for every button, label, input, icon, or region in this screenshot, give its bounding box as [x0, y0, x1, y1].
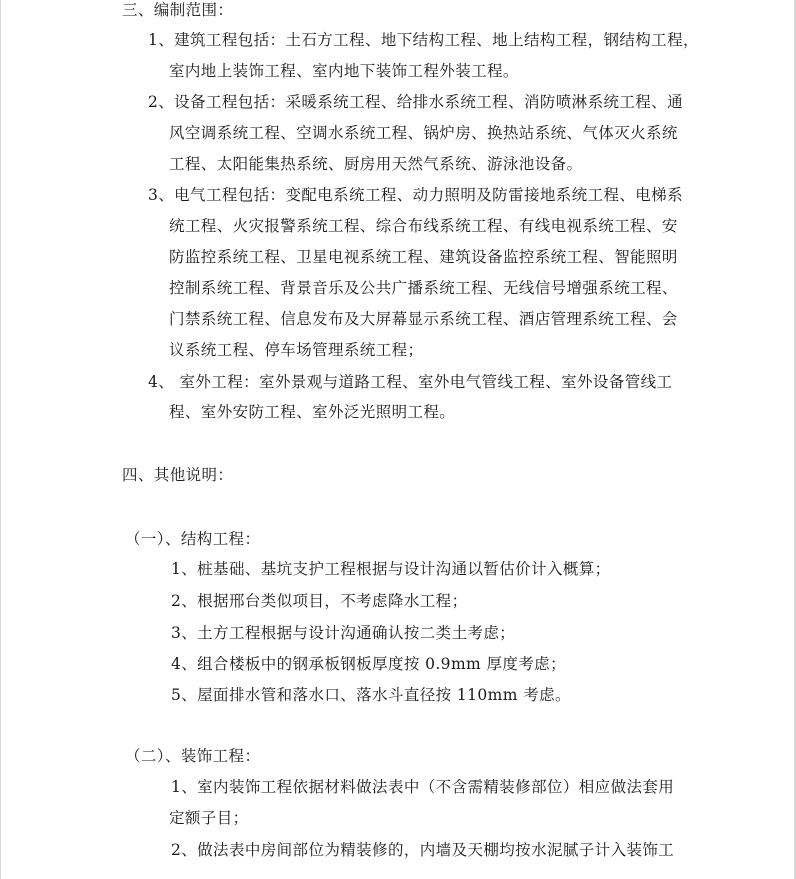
structural-note-3: 3、土方工程根据与设计沟通确认按二类土考虑； [171, 623, 515, 643]
scope-item-4-line-2: 程、室外安防工程、室外泛光照明工程。 [169, 402, 455, 422]
scope-item-3-line-2: 统工程、火灾报警系统工程、综合布线系统工程、有线电视系统工程、安 [169, 216, 678, 236]
scope-item-3-line-6: 议系统工程、停车场管理系统工程； [169, 340, 423, 360]
scope-item-2-line-1: 2、设备工程包括：采暖系统工程、给排水系统工程、消防喷淋系统工程、通 [148, 92, 683, 112]
structural-note-5: 5、屋面排水管和落水口、落水斗直径按 110mm 考虑。 [171, 685, 571, 705]
scope-item-2-line-3: 工程、太阳能集热系统、厨房用天然气系统、游泳池设备。 [169, 154, 582, 174]
scope-item-1-line-1: 1、建筑工程包括：土石方工程、地下结构工程、地上结构工程，钢结构工程， [148, 30, 699, 50]
structural-note-4: 4、组合楼板中的钢承板钢板厚度按 0.9mm 厚度考虑； [171, 654, 566, 674]
section-heading-other-notes: 四、其他说明： [122, 465, 233, 485]
decoration-note-2-line-1: 2、做法表中房间部位为精装修的，内墙及天棚均按水泥腻子计入装饰工 [171, 840, 674, 860]
scope-item-2-line-2: 风空调系统工程、空调水系统工程、锅炉房、换热站系统、气体灭火系统 [169, 123, 678, 143]
document-page: 三、编制范围： 1、建筑工程包括：土石方工程、地下结构工程、地上结构工程，钢结构… [0, 0, 796, 879]
structural-note-2: 2、根据邢台类似项目，不考虑降水工程； [171, 591, 467, 611]
structural-note-1: 1、桩基础、基坑支护工程根据与设计沟通以暂估价计入概算； [171, 559, 611, 579]
decoration-note-1-line-1: 1、室内装饰工程依据材料做法表中（不含需精装修部位）相应做法套用 [171, 777, 674, 797]
scope-item-1-line-2: 室内地上装饰工程、室内地下装饰工程外装工程。 [169, 61, 519, 81]
scope-item-3-line-5: 门禁系统工程、信息发布及大屏幕显示系统工程、酒店管理系统工程、会 [169, 309, 678, 329]
section-heading-scope: 三、编制范围： [122, 0, 233, 20]
scope-item-4-line-1: 4、 室外工程：室外景观与道路工程、室外电气管线工程、室外设备管线工 [148, 372, 672, 392]
subsection-heading-structural: （一）、结构工程： [125, 529, 260, 549]
scope-item-3-line-4: 控制系统工程、背景音乐及公共广播系统工程、无线信号增强系统工程、 [169, 278, 678, 298]
scope-item-3-line-1: 3、电气工程包括：变配电系统工程、动力照明及防雷接地系统工程、电梯系 [148, 185, 683, 205]
decoration-note-1-line-2: 定额子目； [169, 808, 249, 828]
subsection-heading-decoration: （二）、装饰工程： [125, 746, 260, 766]
scope-item-3-line-3: 防监控系统工程、卫星电视系统工程、建筑设备监控系统工程、智能照明 [169, 247, 678, 267]
